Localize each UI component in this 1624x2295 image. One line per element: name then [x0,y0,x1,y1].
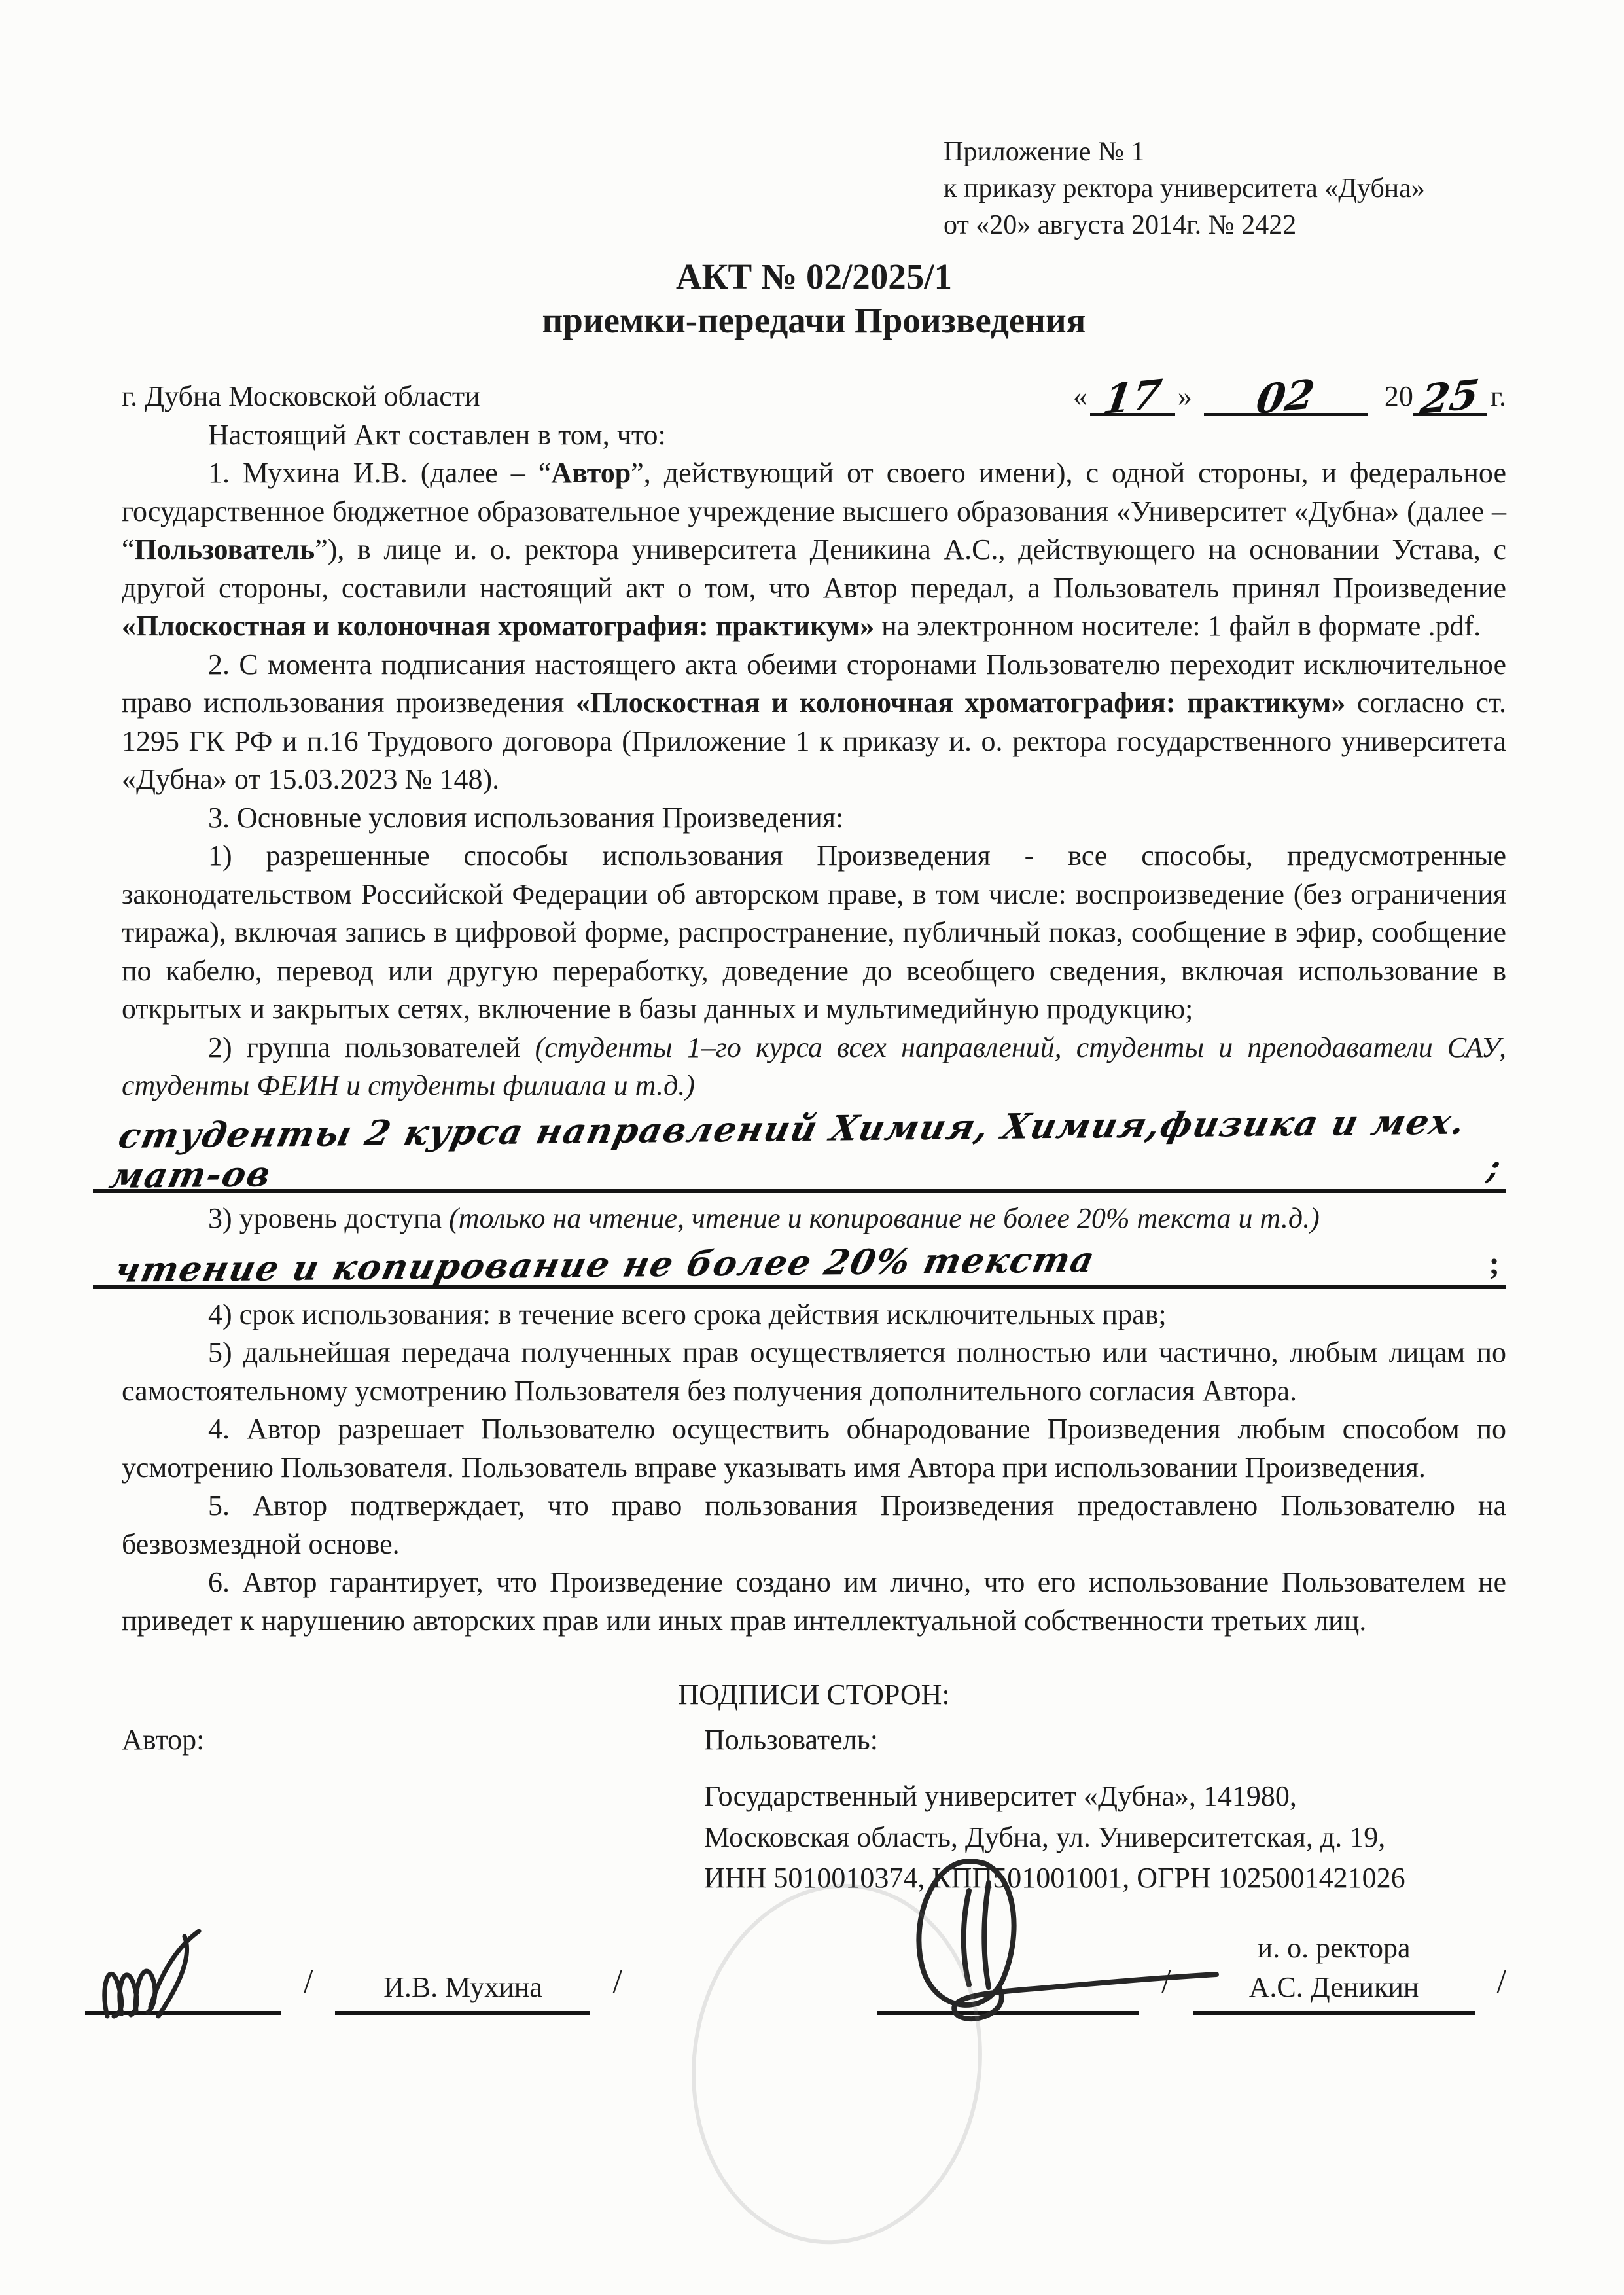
user-details-line-1: Государственный университет «Дубна», 141… [704,1776,1506,1817]
date-close-quote: » [1175,378,1195,416]
paragraph-4: 4. Автор разрешает Пользователю осуществ… [122,1410,1506,1487]
document-title: АКТ № 02/2025/1 приемки-передачи Произве… [122,255,1506,342]
document-date: « 17 » 02 20 25 г. [1070,376,1506,416]
clause-3-5: 5) дальнейшая передача полученных прав о… [122,1334,1506,1410]
handwritten-year: 25 [1418,376,1481,418]
slash-separator: / [1161,1965,1171,2015]
handwritten-user-group-line: студенты 2 курса направлений Химия, Хими… [93,1108,1506,1193]
handwritten-day: 17 [1101,376,1163,418]
paragraph-3: 3. Основные условия использования Произв… [122,799,1506,838]
document-title-subject: приемки-передачи Произведения [122,298,1506,342]
appendix-reference-block: Приложение № 1 к приказу ректора универс… [944,134,1506,244]
rector-name: А.С. Деникин [1249,1968,1419,2007]
paragraph-1: 1. Мухина И.В. (далее – “Автор”, действу… [122,454,1506,646]
author-signature-icon [94,1918,245,2023]
date-open-quote: « [1070,378,1090,416]
handwritten-access-level-text: чтение и копирование не более 20% текста [111,1240,1099,1290]
date-year-prefix: 20 [1385,378,1413,416]
paragraph-5: 5. Автор подтверждает, что право пользов… [122,1487,1506,1563]
user-details-line-2: Московская область, Дубна, ул. Университ… [704,1817,1506,1858]
intro-paragraph: Настоящий Акт составлен в том, что: [122,416,1506,455]
date-day-field: 17 [1090,376,1175,416]
document-title-number: АКТ № 02/2025/1 [122,255,1506,298]
user-label: Пользователь: [704,1721,1506,1760]
clause-3-4: 4) срок использования: в течение всего с… [122,1296,1506,1334]
date-month-field: 02 [1204,376,1368,416]
author-name: И.В. Мухина [383,1968,542,2007]
rector-role: и. о. ректора [1258,1929,1411,1968]
author-name-line: И.В. Мухина [335,1968,590,2015]
place-date-row: г. Дубна Московской области « 17 » 02 20… [122,376,1506,416]
work-title: «Плоскостная и колоночная хроматография:… [122,610,874,642]
paragraph-2: 2. С момента подписания настоящего акта … [122,646,1506,799]
handwritten-user-group-text: студенты 2 курса направлений Химия, Хими… [106,1102,1498,1196]
paragraph-1-text: ”), в лице и. о. ректора университета Де… [122,533,1506,604]
term-user: Пользователь [135,533,315,565]
clause-3-3-italic: (только на чтение, чтение и копирование … [449,1202,1320,1234]
handwritten-access-level-line: чтение и копирование не более 20% текста… [93,1240,1506,1289]
document-place: г. Дубна Московской области [122,378,480,416]
appendix-line-1: Приложение № 1 [944,134,1506,171]
parties-block: Автор: Пользователь: Государственный уни… [122,1721,1506,1899]
paragraph-1-text: 1. Мухина И.В. (далее – “ [208,457,551,489]
clause-3-1: 1) разрешенные способы использования Про… [122,837,1506,1029]
clause-3-2-text: 2) группа пользователей [208,1031,535,1063]
slash-separator: / [304,1965,313,2015]
stamp-watermark [671,1867,1002,2261]
clause-3-3: 3) уровень доступа (только на чтение, чт… [122,1200,1506,1238]
author-signature-line [85,2007,281,2015]
scanned-document-page: Приложение № 1 к приказу ректора универс… [0,0,1624,2295]
user-details: Государственный университет «Дубна», 141… [704,1776,1506,1898]
author-label: Автор: [122,1721,704,1760]
work-title: «Плоскостная и колоночная хроматография:… [576,686,1346,719]
slash-separator: / [1497,1965,1506,2015]
author-signature-group: / И.В. Мухина / [85,1965,622,2015]
paragraph-1-text: на электронном носителе: 1 файл в формат… [874,610,1481,642]
appendix-line-3: от «20» августа 2014г. № 2422 [944,207,1506,244]
rector-role-name: и. о. ректора А.С. Деникин [1193,1929,1475,2015]
slash-separator: / [612,1965,622,2015]
term-author: Автор [551,457,631,489]
rector-name-line: А.С. Деникин [1193,1968,1475,2015]
date-year-label: г. [1491,378,1506,416]
printed-semicolon: ; [1489,1241,1500,1285]
paragraph-6: 6. Автор гарантирует, что Произведение с… [122,1563,1506,1640]
clause-3-2: 2) группа пользователей (студенты 1–го к… [122,1029,1506,1105]
date-year-field: 25 [1413,376,1487,416]
handwritten-month: 02 [1254,376,1316,418]
signatures-heading: ПОДПИСИ СТОРОН: [122,1676,1506,1715]
appendix-line-2: к приказу ректора университета «Дубна» [944,171,1506,207]
clause-3-3-text: 3) уровень доступа [208,1202,449,1234]
